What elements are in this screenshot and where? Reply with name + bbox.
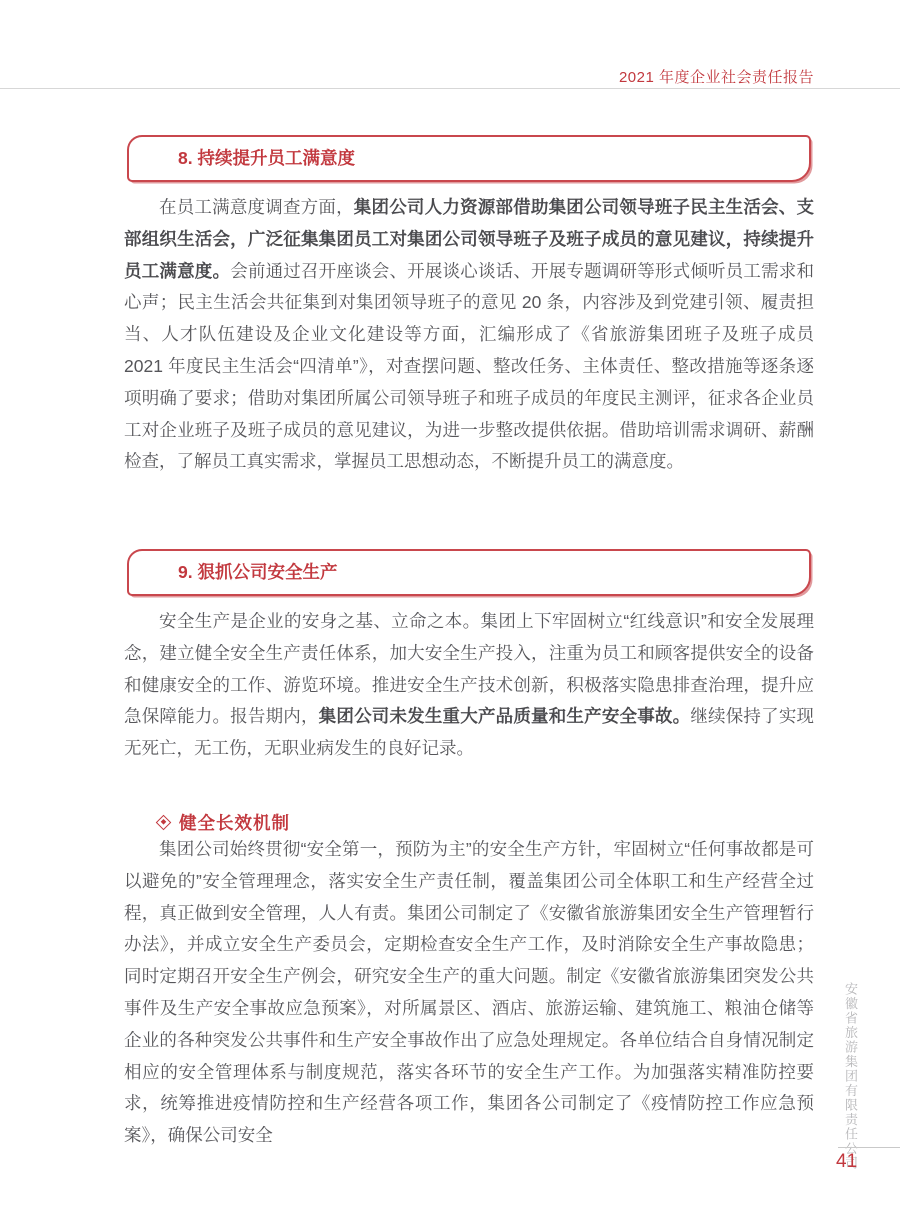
section-9-title: 9. 狠抓公司安全生产	[129, 551, 809, 594]
report-header-title: 2021 年度企业社会责任报告	[619, 66, 814, 87]
section-8-heading-box: 8. 持续提升员工满意度	[127, 135, 811, 182]
header-divider	[0, 88, 900, 89]
subsection-paragraph: 集团公司始终贯彻“安全第一，预防为主”的安全生产方针，牢固树立“任何事故都是可以…	[124, 834, 814, 1152]
page-number: 41	[836, 1151, 857, 1173]
subsection-heading: 健全长效机制	[158, 810, 290, 835]
section-9-heading-box: 9. 狠抓公司安全生产	[127, 549, 811, 596]
footer-divider	[838, 1147, 900, 1148]
diamond-bullet-icon	[156, 815, 172, 831]
section-8-title: 8. 持续提升员工满意度	[129, 137, 809, 180]
subsection-title: 健全长效机制	[179, 810, 290, 835]
section-8-paragraph: 在员工满意度调查方面，集团公司人力资源部借助集团公司领导班子民主生活会、支部组织…	[124, 192, 814, 478]
side-company-name: 安徽省旅游集团有限责任公司	[841, 982, 860, 1171]
section-9-paragraph: 安全生产是企业的安身之基、立命之本。集团上下牢固树立“红线意识”和安全发展理念，…	[124, 606, 814, 765]
